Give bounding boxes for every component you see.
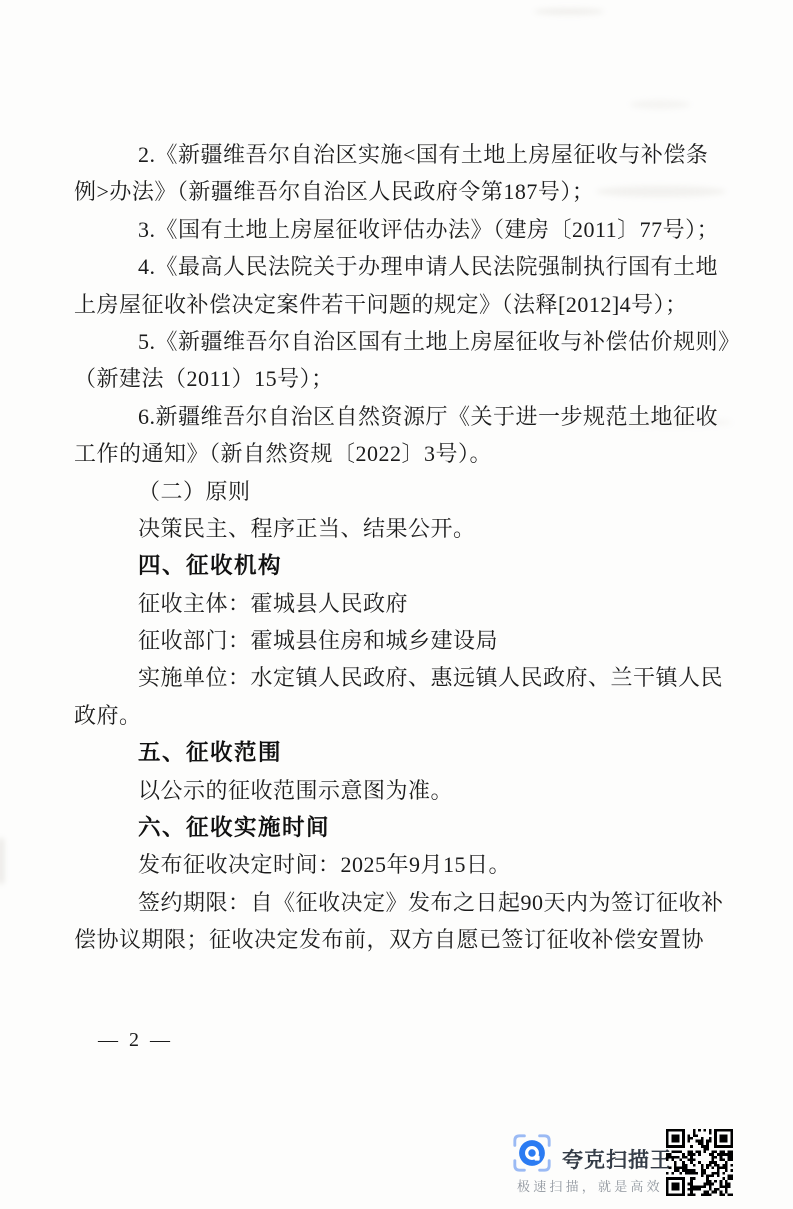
subsection-label: （二）原则 [74,473,734,510]
body-line: 2.《新疆维吾尔自治区实施<国有土地上房屋征收与补偿条 [74,136,734,173]
scanner-slogan: 极速扫描，就是高效 [517,1176,663,1195]
body-line: 3.《国有土地上房屋征收评估办法》（建房〔2011〕77号）； [74,211,734,248]
body-line: 工作的通知》（新自然资规〔2022〕3号）。 [74,435,734,472]
body-line: 偿协议期限；征收决定发布前，双方自愿已签订征收补偿安置协 [74,921,734,958]
body-line: 5.《新疆维吾尔自治区国有土地上房屋征收与补偿估价规则》 [74,323,734,360]
page-number: — 2 — [98,1029,173,1052]
body-line: 签约期限：自《征收决定》发布之日起90天内为签订征收补 [74,884,734,921]
body-line: 以公示的征收范围示意图为准。 [74,772,734,809]
body-line: 上房屋征收补偿决定案件若干问题的规定》（法释[2012]4号）； [74,286,734,323]
body-line: 4.《最高人民法院关于办理申请人民法院强制执行国有土地 [74,248,734,285]
scanner-brand-name: 夸克扫描王 [562,1144,672,1174]
scan-artifact [534,8,604,15]
qr-code-icon [666,1129,733,1196]
scan-artifact [0,838,4,884]
body-line: 政府。 [74,697,734,734]
quark-scanner-logo-icon [511,1132,553,1179]
document-body: 2.《新疆维吾尔自治区实施<国有土地上房屋征收与补偿条 例>办法》（新疆维吾尔自… [74,136,734,959]
scan-artifact [630,100,690,109]
body-line: 例>办法》（新疆维吾尔自治区人民政府令第187号）； [74,173,734,210]
section-heading: 五、征收范围 [74,734,734,771]
scanned-document-page: 2.《新疆维吾尔自治区实施<国有土地上房屋征收与补偿条 例>办法》（新疆维吾尔自… [0,0,793,1209]
body-line: （新建法（2011）15号）； [74,360,734,397]
body-line: 发布征收决定时间：2025年9月15日。 [74,846,734,883]
body-line: 决策民主、程序正当、结果公开。 [74,510,734,547]
body-line: 实施单位：水定镇人民政府、惠远镇人民政府、兰干镇人民 [74,659,734,696]
body-line: 征收主体：霍城县人民政府 [74,585,734,622]
section-heading: 四、征收机构 [74,547,734,584]
body-line: 6.新疆维吾尔自治区自然资源厅《关于进一步规范土地征收 [74,398,734,435]
section-heading: 六、征收实施时间 [74,809,734,846]
body-line: 征收部门：霍城县住房和城乡建设局 [74,622,734,659]
